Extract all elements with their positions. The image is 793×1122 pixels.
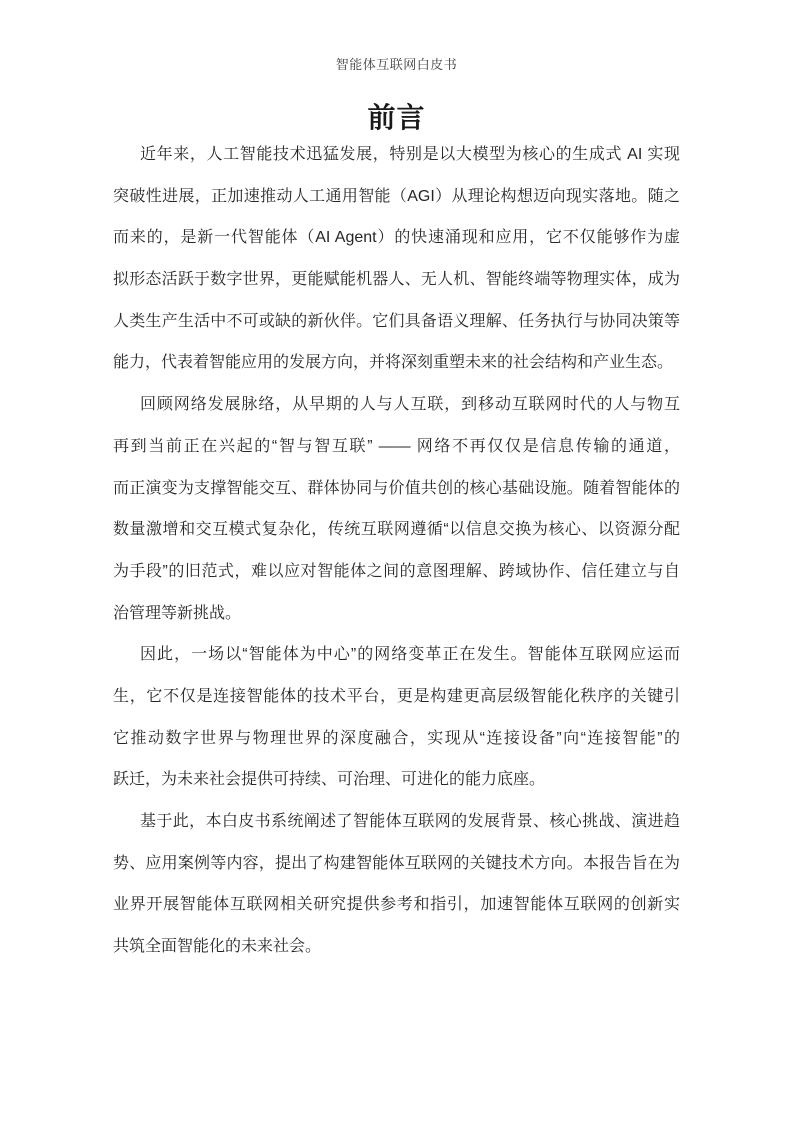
text-line: 为手段”的旧范式，难以应对智能体之间的意图理解、跨域协作、信任建立与自 bbox=[113, 551, 680, 593]
text-line: 而来的，是新一代智能体（AI Agent）的快速涌现和应用，它不仅能够作为虚 bbox=[113, 217, 680, 259]
text-line: 能力，代表着智能应用的发展方向，并将深刻重塑未来的社会结构和产业生态。 bbox=[113, 342, 680, 384]
text-line: 治管理等新挑战。 bbox=[113, 593, 680, 635]
text-line: 回顾网络发展脉络，从早期的人与人互联，到移动互联网时代的人与物互联， bbox=[113, 384, 680, 426]
text-line: 拟形态活跃于数字世界，更能赋能机器人、无人机、智能终端等物理实体，成为 bbox=[113, 259, 680, 301]
text-line: 而正演变为支撑智能交互、群体协同与价值共创的核心基础设施。随着智能体的 bbox=[113, 468, 680, 510]
document-body: 近年来，人工智能技术迅猛发展，特别是以大模型为核心的生成式 AI 实现 突破性进… bbox=[113, 134, 680, 968]
text-line: 近年来，人工智能技术迅猛发展，特别是以大模型为核心的生成式 AI 实现 bbox=[113, 134, 680, 176]
running-header: 智能体互联网白皮书 bbox=[0, 56, 793, 73]
page-title: 前言 bbox=[0, 98, 793, 138]
paragraph: 因此，一场以“智能体为中心”的网络变革正在发生。智能体互联网应运而 生，它不仅是… bbox=[113, 634, 680, 801]
text-line: 再到当前正在兴起的“智与智互联” —— 网络不再仅仅是信息传输的通道， bbox=[113, 426, 680, 468]
text-line: 跃迁，为未来社会提供可持续、可治理、可进化的能力底座。 bbox=[113, 759, 680, 801]
text-line: 突破性进展，正加速推动人工通用智能（AGI）从理论构想迈向现实落地。随之 bbox=[113, 176, 680, 218]
paragraph: 回顾网络发展脉络，从早期的人与人互联，到移动互联网时代的人与物互联， 再到当前正… bbox=[113, 384, 680, 634]
document-page: 智能体互联网白皮书 前言 近年来，人工智能技术迅猛发展，特别是以大模型为核心的生… bbox=[0, 0, 793, 1122]
text-line: 数量激增和交互模式复杂化，传统互联网遵循“以信息交换为核心、以资源分配 bbox=[113, 509, 680, 551]
text-line: 它推动数字世界与物理世界的深度融合，实现从“连接设备”向“连接智能”的 bbox=[113, 718, 680, 760]
text-line: 人类生产生活中不可或缺的新伙伴。它们具备语义理解、任务执行与协同决策等 bbox=[113, 301, 680, 343]
text-line: 基于此，本白皮书系统阐述了智能体互联网的发展背景、核心挑战、演进趋 bbox=[113, 801, 680, 843]
text-line: 生，它不仅是连接智能体的技术平台，更是构建更高层级智能化秩序的关键引擎。 bbox=[113, 676, 680, 718]
text-line: 业界开展智能体互联网相关研究提供参考和指引，加速智能体互联网的创新实践， bbox=[113, 884, 680, 926]
text-line: 势、应用案例等内容，提出了构建智能体互联网的关键技术方向。本报告旨在为 bbox=[113, 843, 680, 885]
paragraph: 基于此，本白皮书系统阐述了智能体互联网的发展背景、核心挑战、演进趋 势、应用案例… bbox=[113, 801, 680, 968]
text-line: 共筑全面智能化的未来社会。 bbox=[113, 926, 680, 968]
paragraph: 近年来，人工智能技术迅猛发展，特别是以大模型为核心的生成式 AI 实现 突破性进… bbox=[113, 134, 680, 384]
text-line: 因此，一场以“智能体为中心”的网络变革正在发生。智能体互联网应运而 bbox=[113, 634, 680, 676]
